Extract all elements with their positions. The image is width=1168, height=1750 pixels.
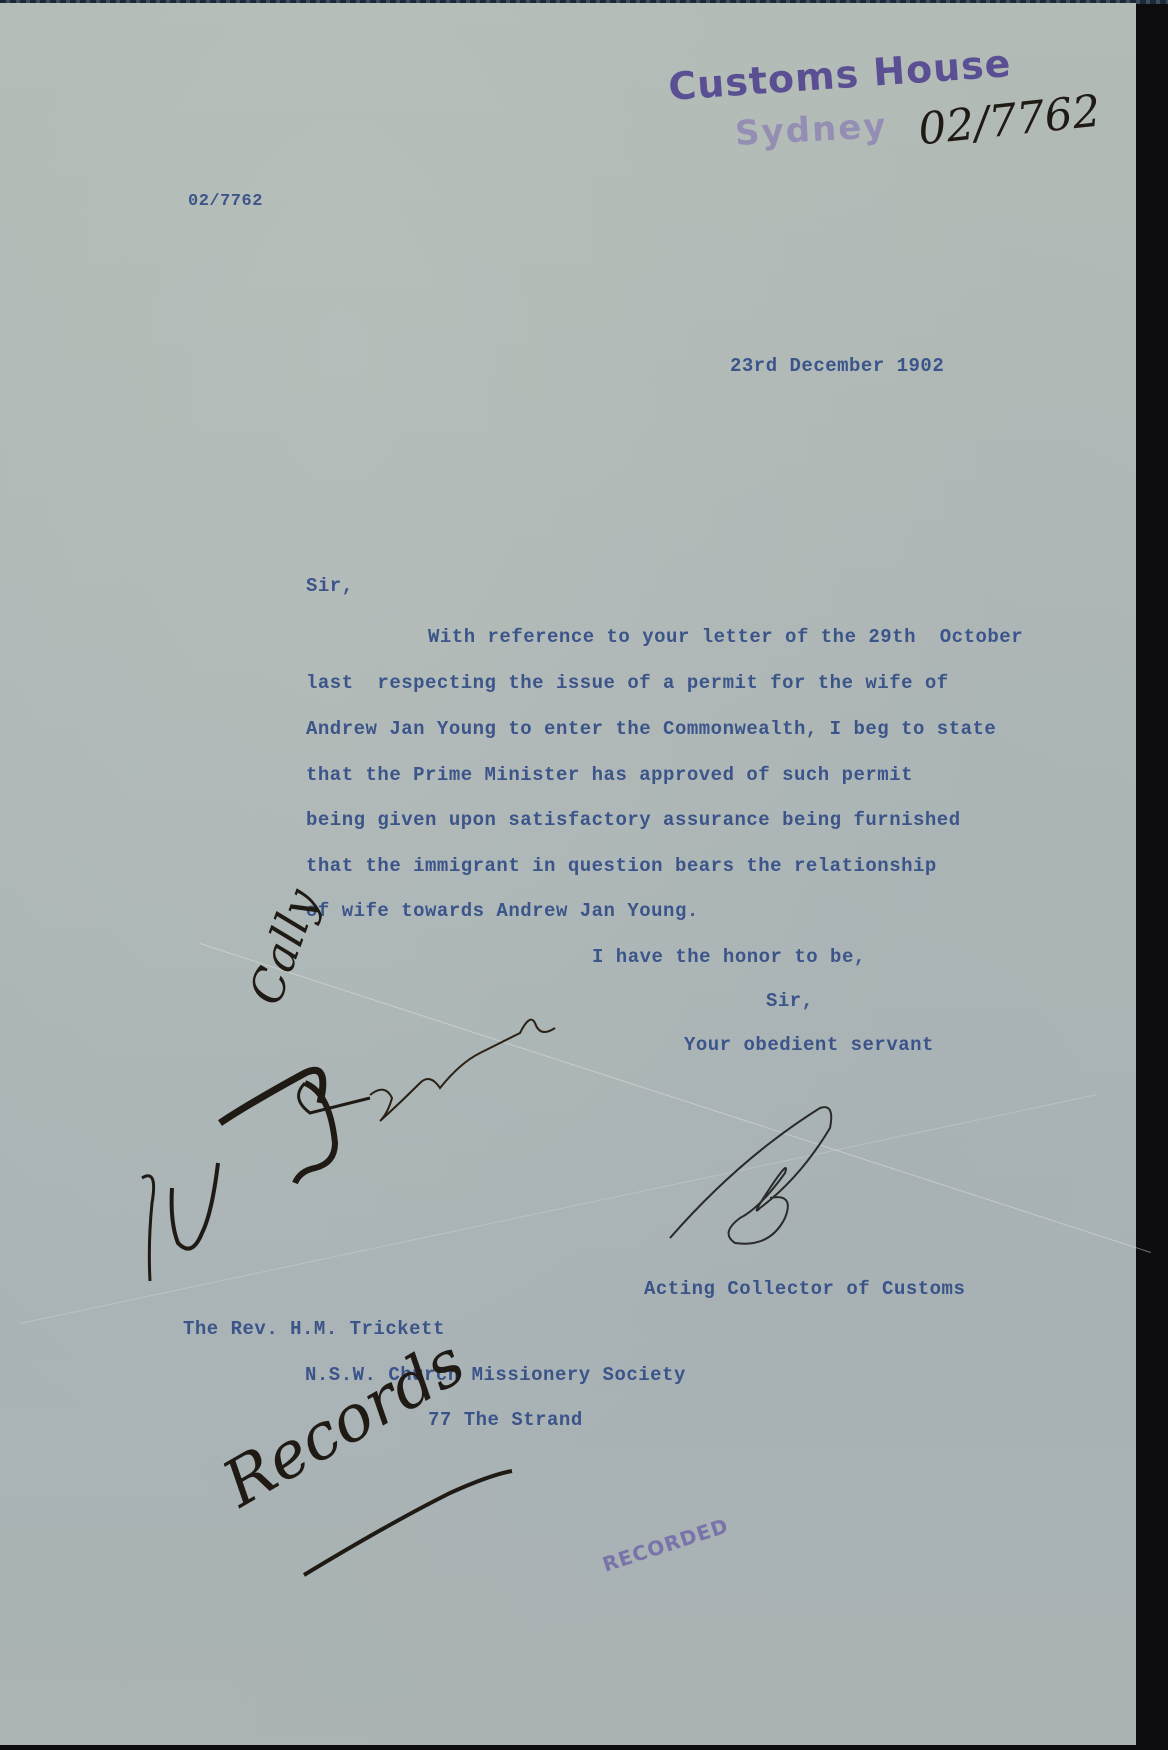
body-line: of wife towards Andrew Jan Young. — [306, 900, 699, 922]
closing-line: I have the honor to be, — [592, 946, 866, 968]
addressee-address: 77 The Strand — [428, 1409, 583, 1431]
sydney-stamp: Sydney — [734, 106, 888, 154]
body-line: that the Prime Minister has approved of … — [306, 764, 913, 786]
body-line: Andrew Jan Young to enter the Commonweal… — [306, 718, 996, 740]
recorded-stamp: RECORDED — [599, 1513, 731, 1576]
closing-servant: Your obedient servant — [684, 1034, 934, 1056]
letter-paper: Customs House Sydney 02/7762 02/7762 23r… — [0, 3, 1136, 1745]
collector-initials — [660, 1098, 860, 1248]
customs-house-stamp: Customs House — [667, 41, 1013, 109]
handwritten-file-ref: 02/7762 — [916, 86, 1103, 156]
addressee-name: The Rev. H.M. Trickett — [183, 1318, 445, 1340]
closing-sir: Sir, — [766, 990, 814, 1012]
body-line: With reference to your letter of the 29t… — [428, 626, 1023, 648]
handwritten-signature — [130, 1003, 650, 1303]
body-line: last respecting the issue of a permit fo… — [306, 672, 949, 694]
letter-date: 23rd December 1902 — [730, 355, 944, 377]
body-line: that the immigrant in question bears the… — [306, 855, 937, 877]
salutation: Sir, — [306, 575, 354, 597]
margin-initials: Cally — [238, 882, 329, 1011]
records-underline — [300, 1463, 520, 1583]
file-reference: 02/7762 — [188, 192, 263, 211]
signatory-title: Acting Collector of Customs — [644, 1278, 965, 1300]
body-line: being given upon satisfactory assurance … — [306, 809, 961, 831]
